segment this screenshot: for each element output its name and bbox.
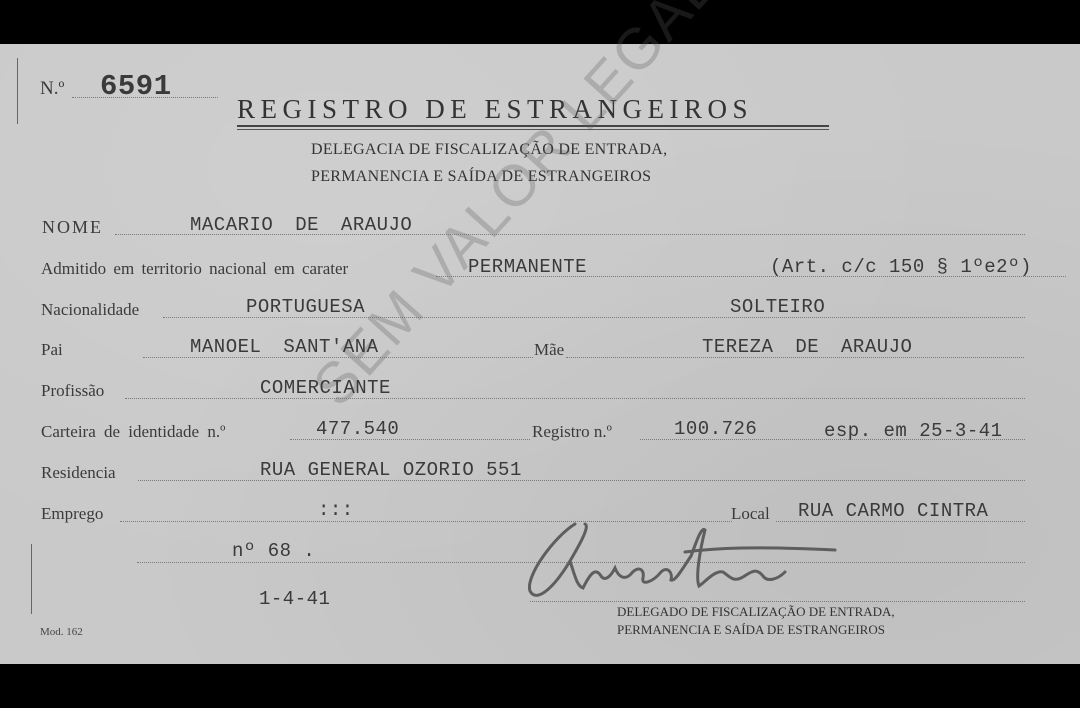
- admitido-value: PERMANENTE: [468, 256, 587, 278]
- date-value: 1-4-41: [259, 588, 330, 610]
- nome-label: NOME: [42, 217, 103, 238]
- pai-label: Pai: [41, 340, 63, 360]
- mae-value: TEREZA DE ARAUJO: [702, 336, 912, 358]
- card-number: 6591: [100, 70, 172, 103]
- admitido-label: Admitido em territorio nacional em carat…: [41, 259, 348, 279]
- registro-value: 100.726: [674, 418, 757, 440]
- signature-icon: [515, 516, 845, 606]
- profissao-label: Profissão: [41, 381, 104, 401]
- document-title: REGISTRO DE ESTRANGEIROS: [237, 94, 753, 125]
- margin-bracket-bottom: [31, 544, 32, 614]
- emprego-value: :::: [318, 499, 354, 521]
- nacionalidade-label: Nacionalidade: [41, 300, 139, 320]
- residencia-label: Residencia: [41, 463, 116, 483]
- carteira-value: 477.540: [316, 418, 399, 440]
- registro-label: Registro n.º: [532, 422, 612, 442]
- admitido-note: (Art. c/c 150 § 1ºe2º): [770, 256, 1032, 278]
- residencia-value: RUA GENERAL OZORIO 551: [260, 459, 522, 481]
- nome-value: MACARIO DE ARAUJO: [190, 214, 412, 236]
- profissao-value: COMERCIANTE: [260, 377, 391, 399]
- local-number: nº 68 .: [232, 540, 315, 562]
- mae-label: Mãe: [534, 340, 564, 360]
- estado-civil-value: SOLTEIRO: [730, 296, 825, 318]
- emprego-label: Emprego: [41, 504, 103, 524]
- signatory-line-1: DELEGADO DE FISCALIZAÇÃO DE ENTRADA,: [617, 604, 895, 620]
- nacionalidade-value: PORTUGUESA: [246, 296, 365, 318]
- number-label: N.º: [40, 78, 64, 100]
- carteira-label: Carteira de identidade n.º: [41, 422, 225, 442]
- registro-date: esp. em 25-3-41: [824, 420, 1003, 442]
- signatory-line-2: PERMANENCIA E SAÍDA DE ESTRANGEIROS: [617, 622, 885, 638]
- model-number: Mod. 162: [40, 626, 83, 638]
- margin-bracket-top: [17, 58, 18, 124]
- registration-card: N.º 6591 REGISTRO DE ESTRANGEIROS DELEGA…: [0, 44, 1080, 664]
- subtitle-line-1: DELEGACIA DE FISCALIZAÇÃO DE ENTRADA,: [311, 141, 667, 159]
- pai-value: MANOEL SANT'ANA: [190, 336, 379, 358]
